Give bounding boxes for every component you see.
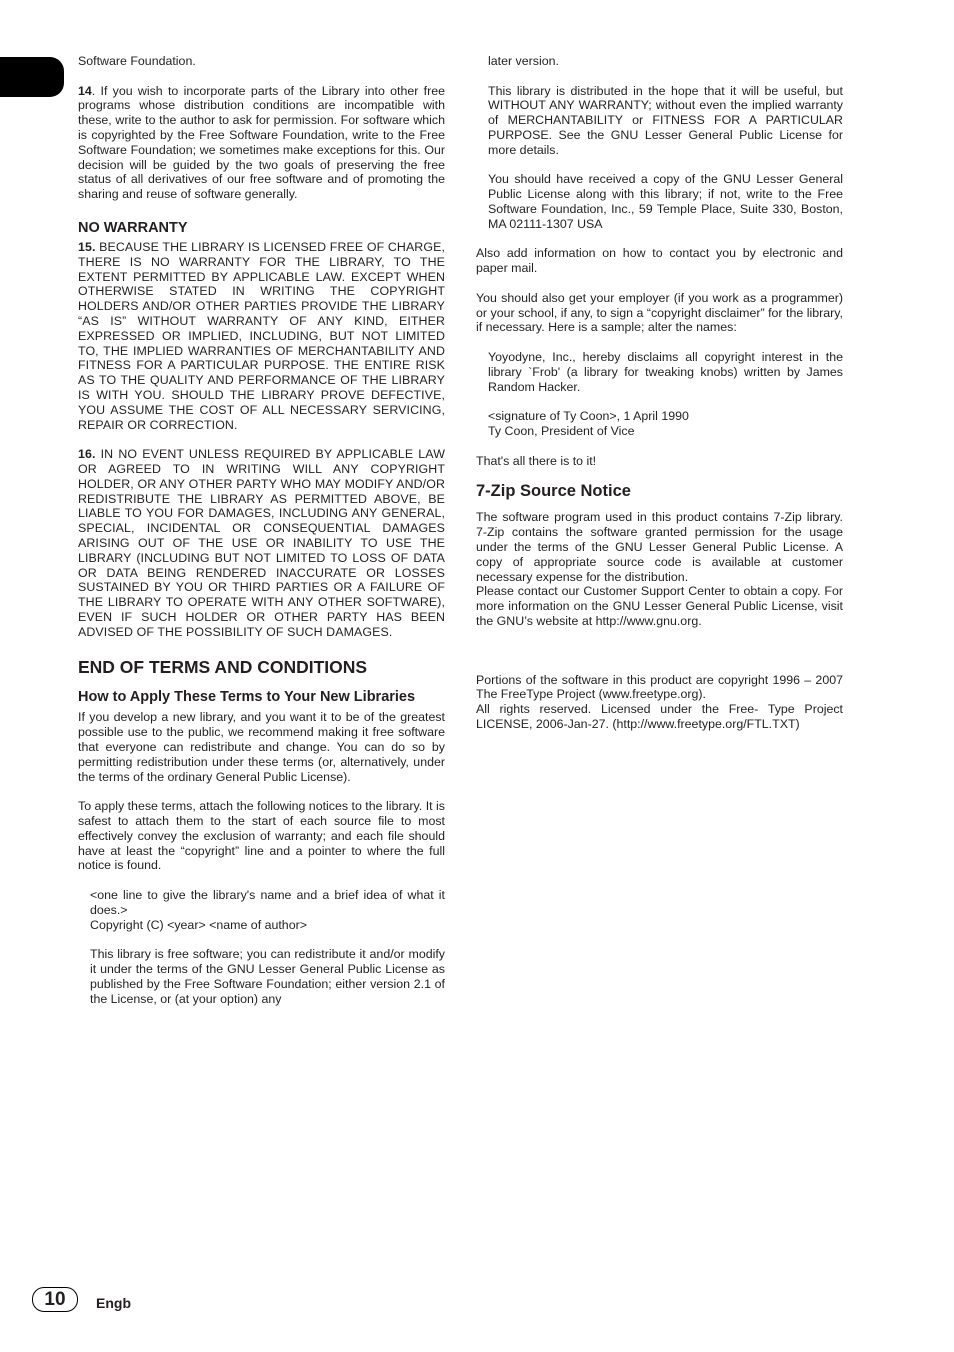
signature-line-2: Ty Coon, President of Vice [488,424,843,439]
closing-line: That's all there is to it! [476,454,843,469]
7zip-paragraph-2: Please contact our Customer Support Cent… [476,584,843,628]
left-column: Software Foundation. 14. If you wish to … [78,54,445,1006]
section-number: 15. [78,240,96,254]
end-of-terms-heading: END OF TERMS AND CONDITIONS [78,657,445,677]
section-number: 16. [78,447,96,461]
carryover-text: later version. [488,54,843,69]
carryover-text: Software Foundation. [78,54,445,69]
how-to-apply-heading: How to Apply These Terms to Your New Lib… [78,689,445,706]
section-14: 14. If you wish to incorporate parts of … [78,84,445,202]
notice-template-continued: later version. This library is distribut… [476,54,843,232]
contact-paragraph: Also add information on how to contact y… [476,246,843,276]
sample-paragraph: Yoyodyne, Inc., hereby disclaims all cop… [488,350,843,394]
7zip-heading: 7-Zip Source Notice [476,483,843,500]
section-text: BECAUSE THE LIBRARY IS LICENSED FREE OF … [78,240,445,432]
section-text: IN NO EVENT UNLESS REQUIRED BY APPLICABL… [78,447,445,639]
page-footer: 10 Engb [32,1287,131,1312]
employer-paragraph: You should also get your employer (if yo… [476,291,843,335]
apply-paragraph-2: To apply these terms, attach the followi… [78,799,445,873]
language-code: Engb [96,1295,131,1311]
section-text: . If you wish to incorporate parts of th… [78,84,445,202]
no-warranty-heading: NO WARRANTY [78,220,445,237]
freetype-paragraph-2: All rights reserved. Licensed under the … [476,702,843,732]
section-16: 16. IN NO EVENT UNLESS REQUIRED BY APPLI… [78,447,445,639]
warranty-paragraph: This library is distributed in the hope … [488,84,843,158]
notice-line-2: Copyright (C) <year> <name of author> [90,918,445,933]
notice-template: <one line to give the library's name and… [78,888,445,1006]
apply-paragraph-1: If you develop a new library, and you wa… [78,710,445,784]
notice-paragraph: This library is free software; you can r… [90,947,445,1006]
section-tab-marker [0,57,64,97]
freetype-paragraph-1: Portions of the software in this product… [476,673,843,703]
page-number: 10 [32,1287,78,1312]
7zip-paragraph-1: The software program used in this produc… [476,510,843,584]
copy-paragraph: You should have received a copy of the G… [488,172,843,231]
notice-line-1: <one line to give the library's name and… [90,888,445,918]
right-column: later version. This library is distribut… [476,54,843,732]
disclaimer-sample: Yoyodyne, Inc., hereby disclaims all cop… [476,350,843,439]
section-15: 15. BECAUSE THE LIBRARY IS LICENSED FREE… [78,240,445,432]
signature-line-1: <signature of Ty Coon>, 1 April 1990 [488,409,843,424]
section-number: 14 [78,84,92,98]
